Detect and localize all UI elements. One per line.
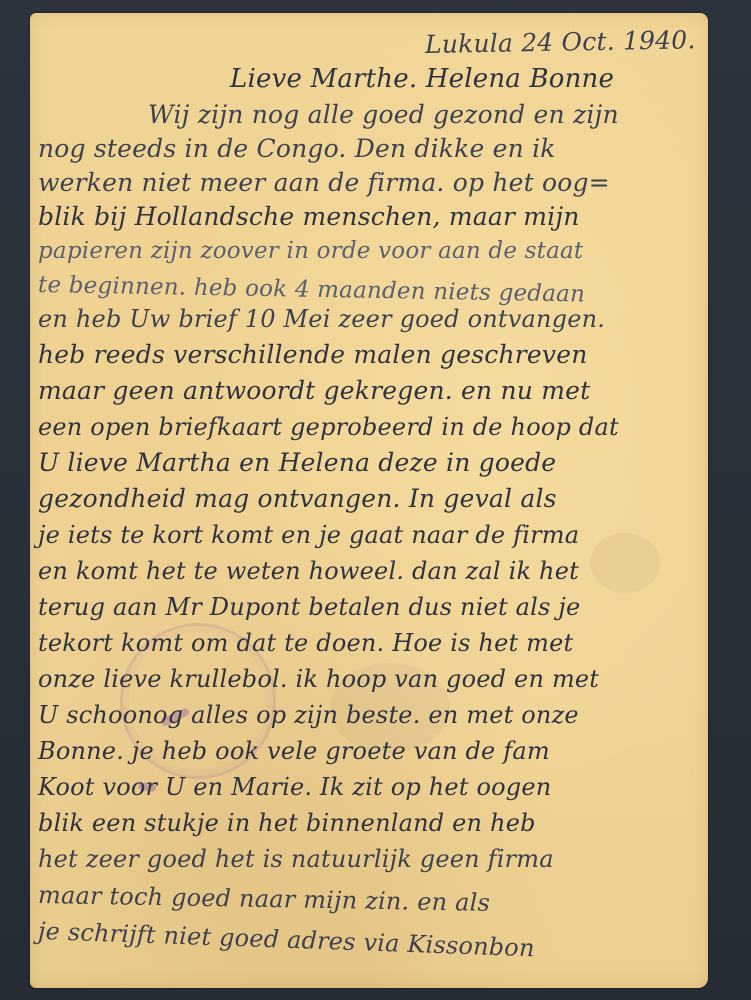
letter-line: het zeer goed het is natuurlijk geen fir…	[38, 843, 554, 875]
letter-line: papieren zijn zoover in orde voor aan de…	[38, 235, 583, 267]
letter-line: nog steeds in de Congo. Den dikke en ik	[38, 133, 556, 165]
letter-line: je iets te kort komt en je gaat naar de …	[38, 519, 579, 551]
letter-line: maar geen antwoordt gekregen. en nu met	[38, 375, 590, 407]
letter-line: maar toch goed naar mijn zin. en als	[38, 879, 491, 919]
letter-line: Koot voor U en Marie. Ik zit op het ooge…	[38, 771, 551, 803]
letter-line: U schoonog alles op zijn beste. en met o…	[38, 699, 579, 731]
letter-line: U lieve Martha en Helena deze in goede	[38, 447, 556, 479]
place-date: Lukula 24 Oct. 1940.	[425, 24, 696, 61]
letter-line: blik een stukje in het binnenland en heb	[38, 807, 536, 839]
letter-line: heb reeds verschillende malen geschreven	[38, 339, 588, 371]
salutation: Lieve Marthe. Helena Bonne	[230, 63, 614, 95]
letter-line: blik bij Hollandsche menschen, maar mijn	[38, 201, 580, 233]
letter-line: en heb Uw brief 10 Mei zeer goed ontvang…	[38, 303, 605, 335]
postcard: Lukula 24 Oct. 1940. Lieve Marthe. Helen…	[30, 13, 708, 988]
letter-text: Lukula 24 Oct. 1940. Lieve Marthe. Helen…	[30, 13, 708, 988]
letter-line: onze lieve krullebol. ik hoop van goed e…	[38, 663, 599, 695]
letter-line: een open briefkaart geprobeerd in de hoo…	[38, 411, 619, 443]
letter-line: tekort komt om dat te doen. Hoe is het m…	[38, 627, 573, 659]
letter-line: werken niet meer aan de firma. op het oo…	[38, 167, 610, 199]
letter-line: Wij zijn nog alle goed gezond en zijn	[148, 99, 619, 131]
letter-line: Bonne. je heb ook vele groete van de fam	[38, 735, 550, 767]
letter-line: gezondheid mag ontvangen. In geval als	[38, 483, 557, 515]
letter-line: en komt het te weten howeel. dan zal ik …	[38, 555, 579, 587]
letter-line: je schrijft niet goed adres via Kissonbo…	[37, 915, 535, 964]
letter-line: terug aan Mr Dupont betalen dus niet als…	[38, 591, 580, 623]
